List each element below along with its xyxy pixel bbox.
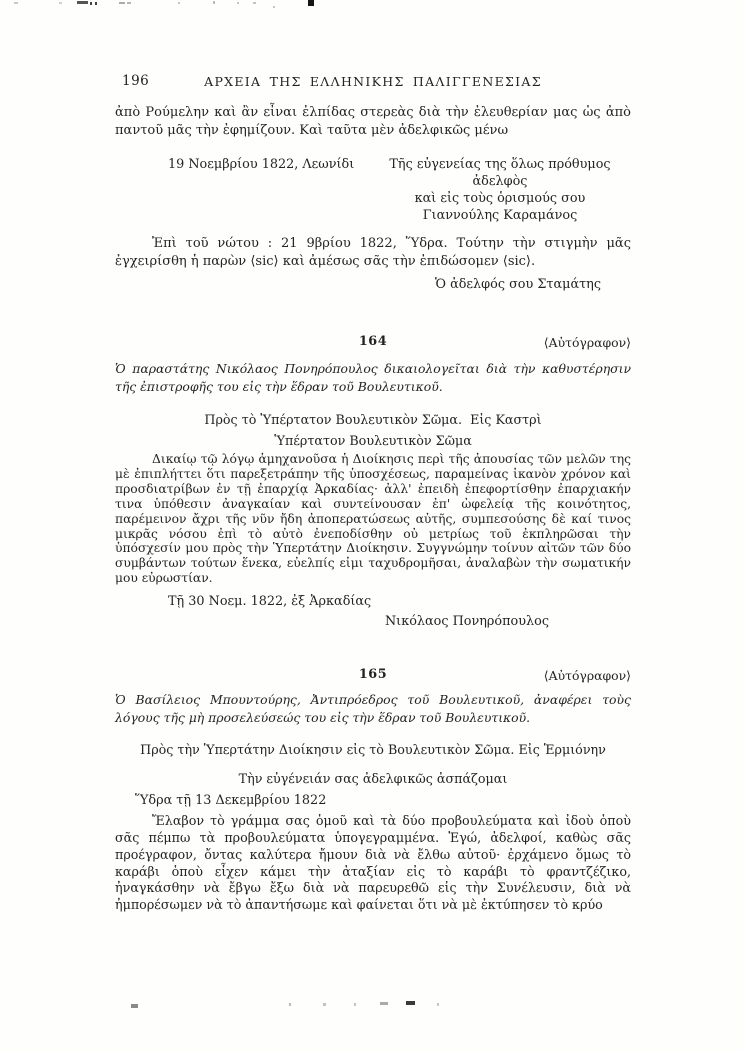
scan-artifact [127, 2, 131, 4]
scan-artifact [289, 1003, 291, 1006]
scan-artifact [59, 2, 62, 4]
page-text-area: 196 ΑΡΧΕΙΑ ΤΗΣ ΕΛΛΗΝΙΚΗΣ ΠΑΛΙΓΓΕΝΕΣΙΑΣ ἀ… [115, 73, 631, 914]
letter-body: Ἔλαβον τὸ γράμμα σας ὁμοῦ καὶ τὰ δύο προ… [115, 813, 631, 914]
scan-artifact [380, 1002, 388, 1005]
letter-dateline: Ὕδρα τῇ 13 Δεκεμβρίου 1822 [115, 793, 631, 808]
letter-salutation: Ὑπέρτατον Βουλευτικὸν Σῶμα [115, 433, 631, 448]
letter-address: Πρὸς τὸ Ὑπέρτατον Βουλευτικὸν Σῶμα. Εἰς … [115, 412, 631, 427]
scan-artifact [237, 2, 239, 4]
document-164: 164 ⟨Αὐτόγραφον⟩ Ὁ παραστάτης Νικόλαος Π… [115, 334, 631, 629]
editor-summary: Ὁ παραστάτης Νικόλαος Πονηρόπουλος δικαι… [115, 360, 631, 395]
editor-summary: Ὁ Βασίλειος Μπουντούρης, Ἀντιπρόεδρος το… [115, 691, 631, 726]
scan-artifact [14, 2, 18, 4]
scan-artifact [308, 0, 314, 6]
scan-artifact [178, 2, 180, 4]
signature-stamatis: Ὁ ἀδελφός σου Σταμάτης [115, 277, 631, 292]
closing-line-2: καὶ εἰς τοὺς ὁρισμούς σου [369, 190, 631, 207]
closing-line-1: Τῆς εὐγενείας της ὅλως πρόθυμος ἀδελφὸς [369, 156, 631, 190]
verso-note: Ἐπὶ τοῦ νώτου : 21 9βρίου 1822, Ὕδρα. Το… [115, 235, 631, 271]
letter-body: Δικαίῳ τῷ λόγῳ ἀμηχανοῦσα ἡ Διοίκησις πε… [115, 452, 631, 586]
document-165: 165 ⟨Αὐτόγραφον⟩ Ὁ Βασίλειος Μπουντούρης… [115, 667, 631, 914]
scan-artifact [90, 2, 92, 5]
document-type-label: ⟨Αὐτόγραφον⟩ [544, 335, 631, 350]
document-type-label: ⟨Αὐτόγραφον⟩ [544, 668, 631, 683]
scan-artifact [354, 1003, 356, 1006]
running-title: ΑΡΧΕΙΑ ΤΗΣ ΕΛΛΗΝΙΚΗΣ ΠΑΛΙΓΓΕΝΕΣΙΑΣ [115, 74, 631, 89]
signature-poneropoulos: Νικόλαος Πονηρόπουλος [115, 614, 631, 629]
letter-dateline: 19 Νοεμβρίου 1822, Λεωνίδι [115, 156, 354, 224]
document-165-heading: 165 ⟨Αὐτόγραφον⟩ [115, 667, 631, 683]
dateline-closing-row: 19 Νοεμβρίου 1822, Λεωνίδι Τῆς εὐγενείας… [115, 156, 631, 224]
scan-artifact [119, 2, 125, 4]
scan-artifact [131, 1004, 138, 1008]
scan-artifact [273, 6, 275, 8]
letter-body-continuation: ἀπὸ Ρούμελην καὶ ἂν εἶναι ἐλπίδας στερεὰ… [115, 104, 631, 140]
document-number: 164 [359, 334, 387, 349]
signature-karamanos: Γιαννούλης Καραμάνος [369, 207, 631, 224]
scan-artifact [77, 1, 88, 4]
letter-address: Πρὸς τὴν Ὑπερτάτην Διοίκησιν εἰς τὸ Βουλ… [115, 742, 631, 757]
scan-artifact [406, 1001, 415, 1005]
scan-artifact [323, 1003, 326, 1006]
scan-artifact [253, 2, 256, 4]
scan-artifact [213, 1, 215, 4]
closing-block: Τῆς εὐγενείας της ὅλως πρόθυμος ἀδελφὸς … [369, 156, 631, 224]
letter-greeting: Τὴν εὐγένειάν σας ἀδελφικῶς ἀσπάζομαι [115, 771, 631, 786]
document-number: 165 [359, 667, 387, 682]
letter-dateline: Τῇ 30 Νοεμ. 1822, ἐξ Ἀρκαδίας [115, 594, 631, 609]
scan-artifact [437, 1003, 439, 1006]
running-head: 196 ΑΡΧΕΙΑ ΤΗΣ ΕΛΛΗΝΙΚΗΣ ΠΑΛΙΓΓΕΝΕΣΙΑΣ [115, 73, 631, 91]
document-164-heading: 164 ⟨Αὐτόγραφον⟩ [115, 334, 631, 350]
scan-artifact [95, 2, 97, 5]
scanned-book-page: 196 ΑΡΧΕΙΑ ΤΗΣ ΕΛΛΗΝΙΚΗΣ ΠΑΛΙΓΓΕΝΕΣΙΑΣ ἀ… [0, 0, 744, 1052]
document-163-continuation: ἀπὸ Ρούμελην καὶ ἂν εἶναι ἐλπίδας στερεὰ… [115, 104, 631, 292]
